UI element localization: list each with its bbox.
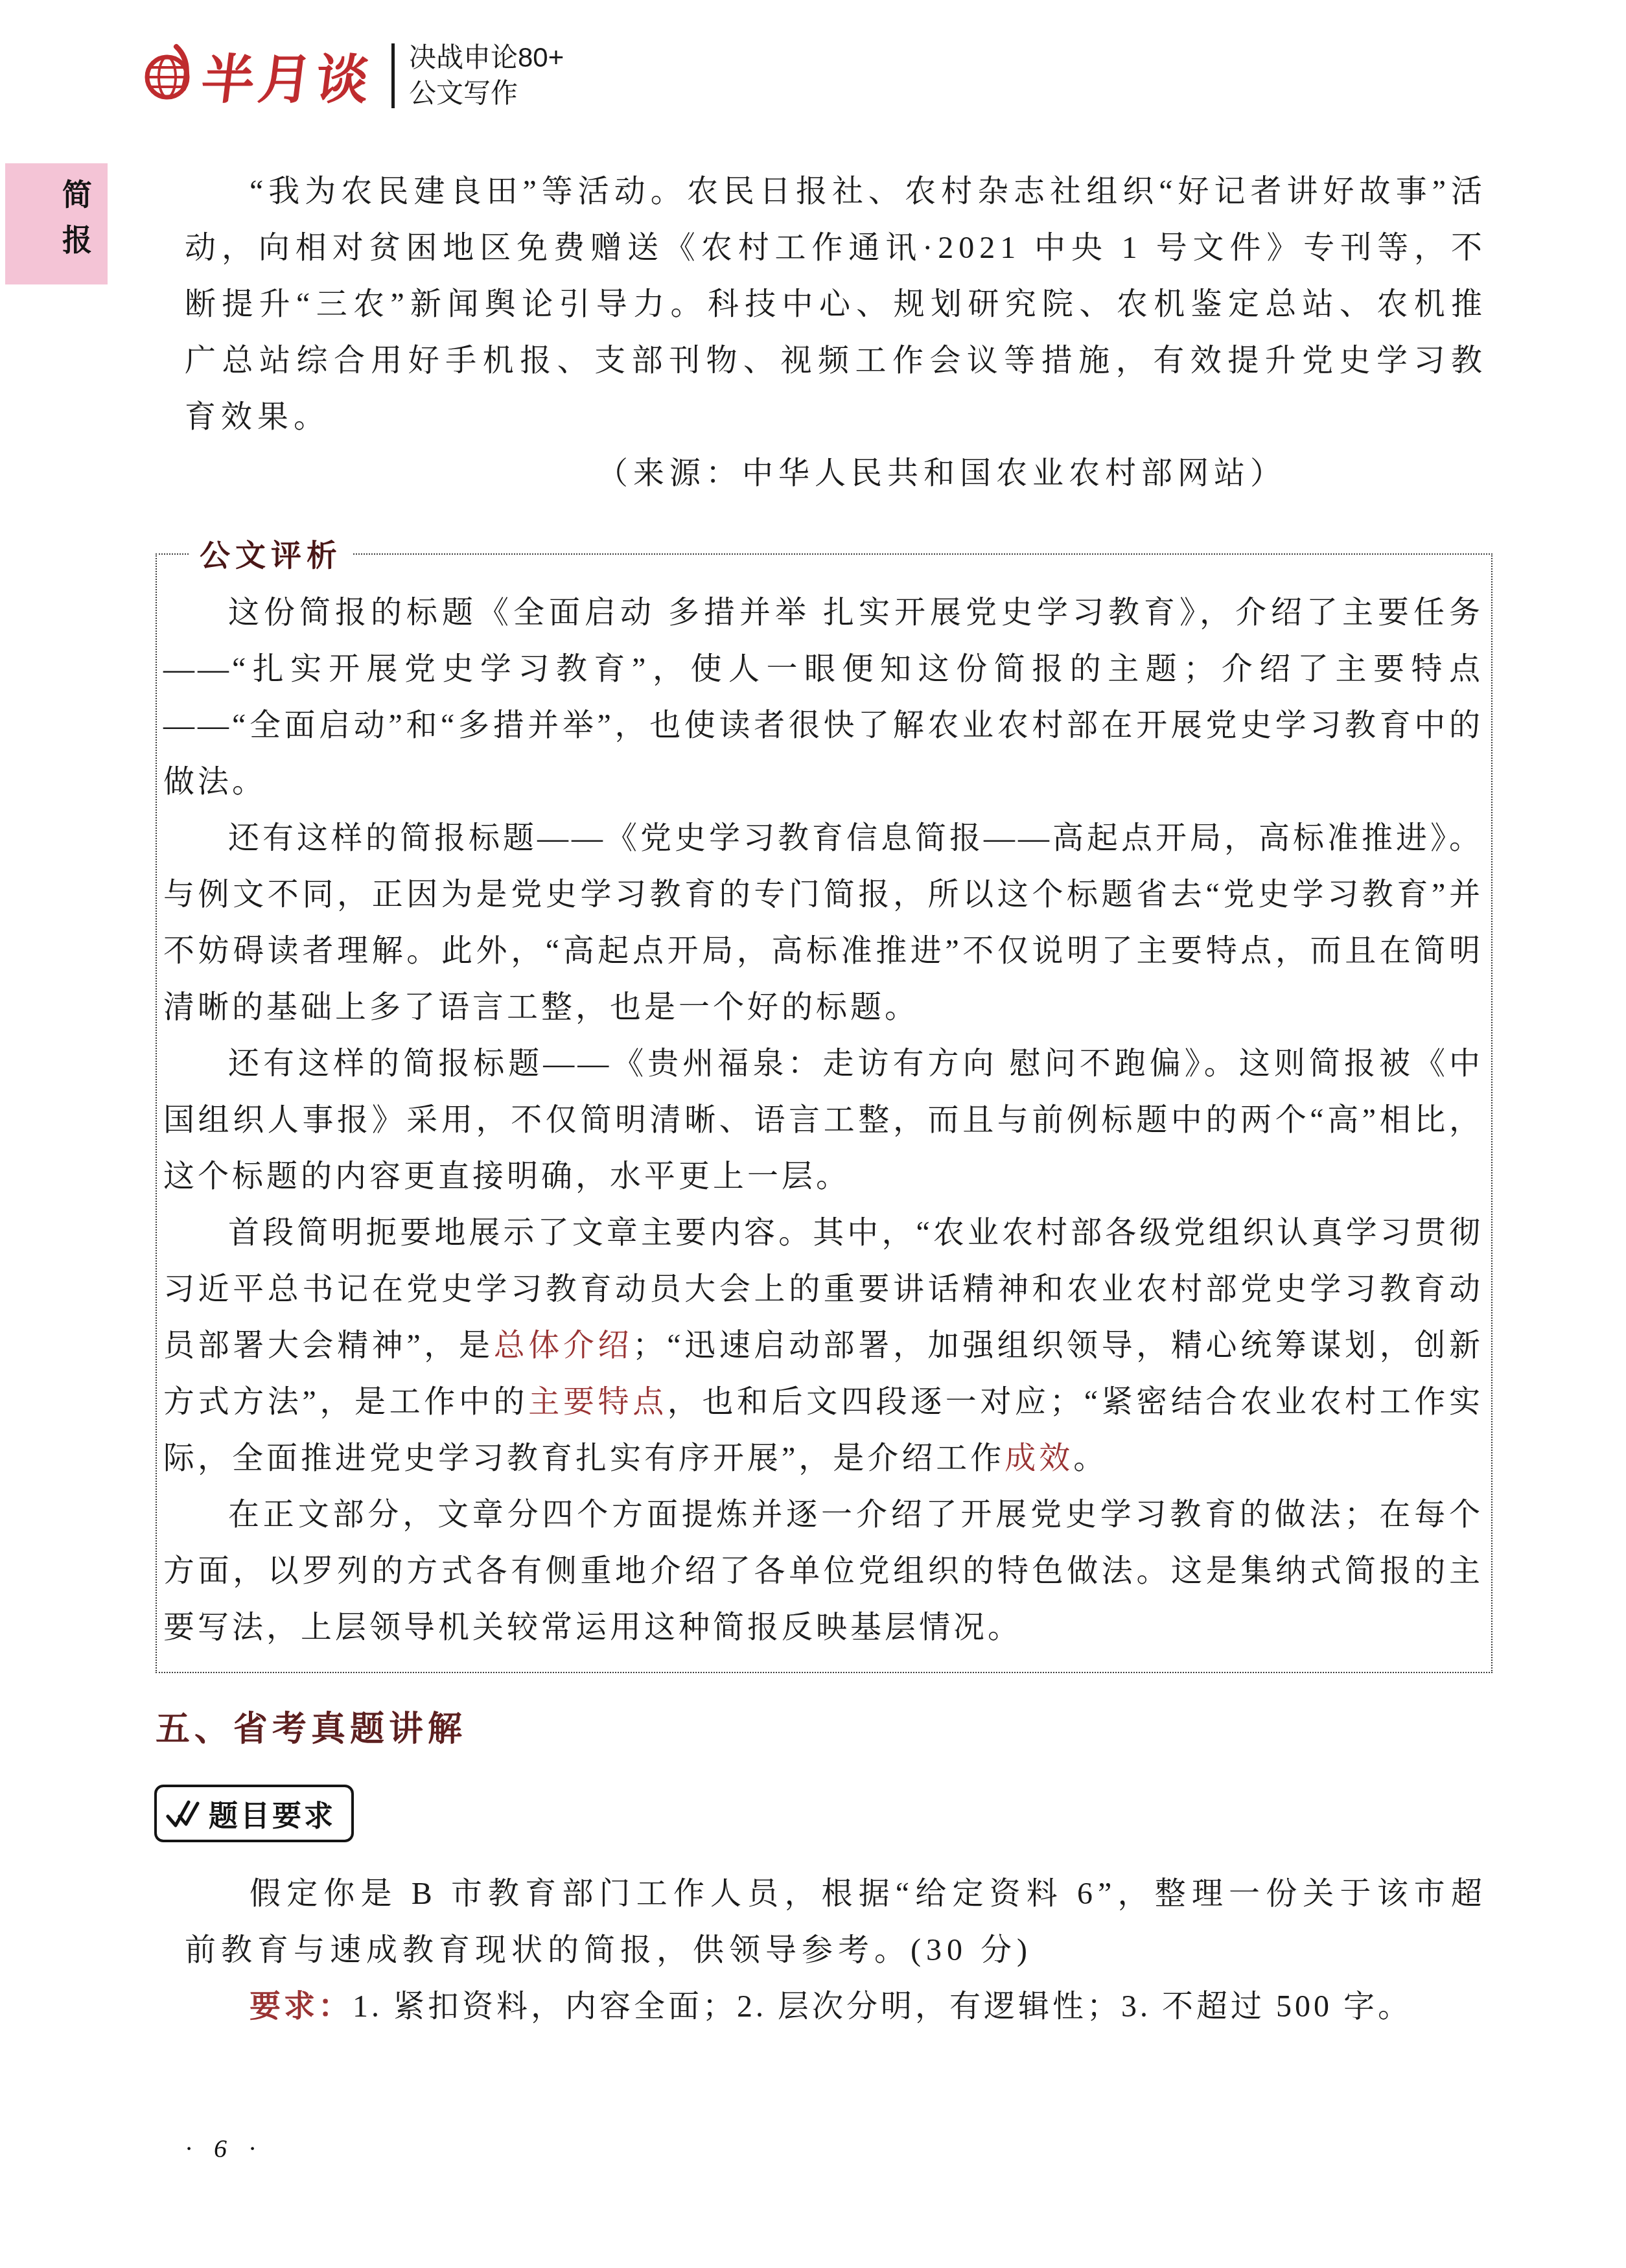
analysis-box: 公文评析 这份简报的标题《全面启动 多措并举 扎实开展党史学习教育》，介绍了主要… <box>156 553 1492 1673</box>
analysis-paragraph: 还有这样的简报标题——《党史学习教育信息简报——高起点开局，高标准推进》。与例文… <box>163 810 1483 1036</box>
analysis-paragraph: 这份简报的标题《全面启动 多措并举 扎实开展党史学习教育》，介绍了主要任务——“… <box>163 584 1483 810</box>
requirement-badge: 题目要求 <box>154 1785 354 1842</box>
book-page: 半月谈 决战申论80+ 公文写作 简报 “我为农民建良田”等活动。农民日报社、农… <box>0 0 1626 2268</box>
analysis-paragraph: 在正文部分，文章分四个方面提炼并逐一介绍了开展党史学习教育的做法；在每个方面，以… <box>163 1487 1483 1656</box>
analysis-paragraph: 首段简明扼要地展示了文章主要内容。其中，“农业农村部各级党组织认真学习贯彻习近平… <box>163 1205 1483 1487</box>
analysis-paragraph: 还有这样的简报标题——《贵州福泉：走访有方向 慰问不跑偏》。这则简报被《中国组织… <box>163 1036 1483 1205</box>
exam-requirements: 要求：1. 紧扣资料，内容全面；2. 层次分明，有逻辑性；3. 不超过 500 … <box>185 1978 1487 2035</box>
requirement-badge-label: 题目要求 <box>209 1792 336 1834</box>
exam-question: 假定你是 B 市教育部门工作人员，根据“给定资料 6”，整理一份关于该市超前教育… <box>185 1866 1487 1978</box>
page-content: “我为农民建良田”等活动。农民日报社、农村杂志社组织“好记者讲好故事”活动，向相… <box>0 0 1626 2035</box>
intro-paragraph: “我为农民建良田”等活动。农民日报社、农村杂志社组织“好记者讲好故事”活动，向相… <box>185 163 1487 445</box>
double-check-icon <box>165 1797 201 1831</box>
source-line: （来源：中华人民共和国农业农村部网站） <box>185 445 1487 502</box>
analysis-box-label: 公文评析 <box>189 531 353 575</box>
section-heading: 五、省考真题讲解 <box>156 1702 1626 1751</box>
requirement-badge-row: 题目要求 <box>154 1785 1626 1842</box>
page-number: · 6 · <box>185 2133 263 2164</box>
